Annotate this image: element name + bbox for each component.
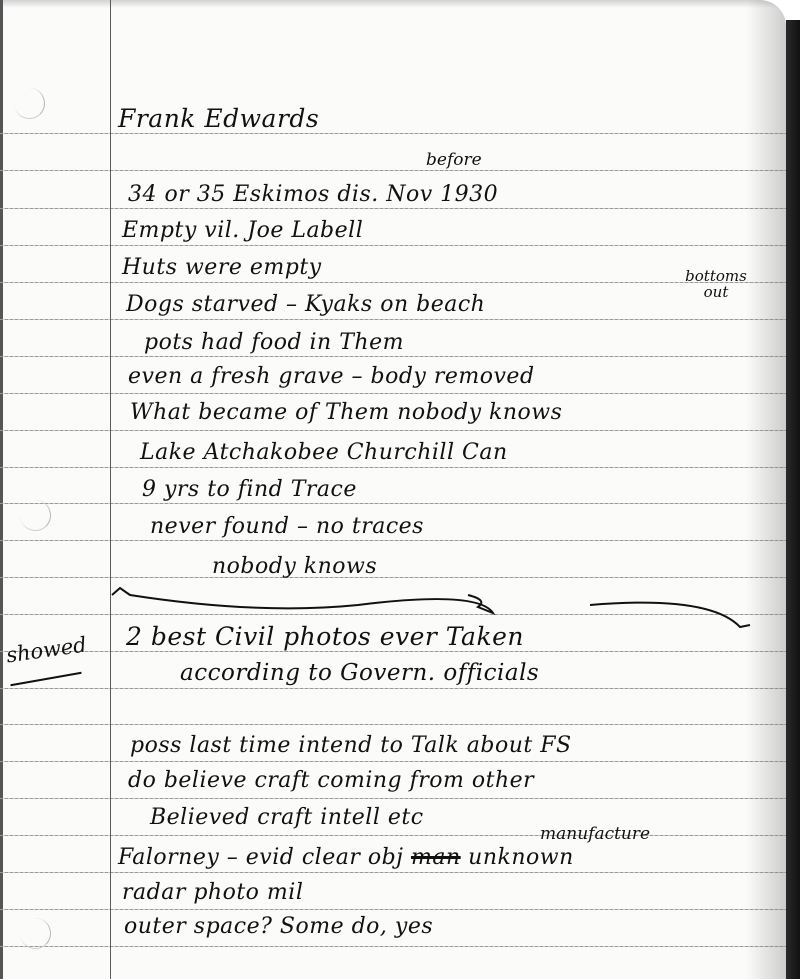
note-line: outer space? Some do, yes <box>124 914 433 939</box>
page-shadow-edge <box>786 20 800 979</box>
ruled-line <box>0 430 786 431</box>
hole-punch-mark <box>14 88 45 119</box>
ruled-line <box>0 540 786 541</box>
note-line: even a fresh grave – body removed <box>128 364 535 389</box>
note-line: do believe craft coming from other <box>128 768 534 793</box>
note-line: 34 or 35 Eskimos dis. Nov 1930 <box>128 182 498 207</box>
insertion-bottoms-out: bottoms out <box>676 268 756 300</box>
note-line: Believed craft intell etc <box>150 805 424 830</box>
ruled-line <box>0 651 786 652</box>
ruled-line <box>0 170 786 171</box>
ruled-line <box>0 245 786 246</box>
insertion-before: before <box>426 150 482 170</box>
note-line: pots had food in Them <box>144 330 404 355</box>
margin-note-underline <box>10 672 81 686</box>
note-line: nobody knows <box>212 554 377 579</box>
note-title: Frank Edwards <box>118 104 319 133</box>
ruled-line <box>0 872 786 873</box>
note-line: Empty vil. Joe Labell <box>122 218 363 243</box>
margin-note: showed <box>5 632 88 667</box>
ruled-line <box>0 688 786 689</box>
note-line: Lake Atchakobee Churchill Can <box>140 440 508 465</box>
ruled-line <box>0 798 786 799</box>
note-line: radar photo mil <box>122 880 303 905</box>
note-text: Falorney – evid clear obj <box>118 845 404 870</box>
note-line: according to Govern. officials <box>180 660 539 686</box>
note-line: Huts were empty <box>122 255 322 280</box>
note-line: Falorney – evid clear obj man unknown <box>118 845 574 870</box>
ruled-line <box>0 835 786 836</box>
ruled-line <box>0 133 786 134</box>
ruled-line <box>0 393 786 394</box>
ruled-line <box>0 282 786 283</box>
hole-punch-mark <box>20 918 51 949</box>
struck-word: man <box>411 845 461 870</box>
divider-squiggle-end <box>590 585 770 630</box>
ruled-line <box>0 909 786 910</box>
ruled-line <box>0 946 786 947</box>
page-top-edge <box>0 0 786 8</box>
note-line: What became of Them nobody knows <box>130 400 562 425</box>
insertion-manufacture: manufacture <box>540 824 650 844</box>
note-text: unknown <box>468 845 574 870</box>
note-line: 2 best Civil photos ever Taken <box>126 622 524 651</box>
notebook-page: Frank Edwards before 34 or 35 Eskimos di… <box>0 0 786 979</box>
ruled-line <box>0 356 786 357</box>
ruled-line <box>0 724 786 725</box>
ruled-line <box>0 319 786 320</box>
note-line: never found – no traces <box>150 514 424 539</box>
ruled-line <box>0 503 786 504</box>
note-line: Dogs starved – Kyaks on beach <box>126 292 485 317</box>
hole-punch-mark <box>20 500 51 531</box>
note-line: 9 yrs to find Trace <box>142 477 357 502</box>
ruled-line <box>0 467 786 468</box>
ruled-line <box>0 577 786 578</box>
page-left-edge <box>0 0 3 979</box>
margin-line <box>110 0 111 979</box>
ruled-line <box>0 761 786 762</box>
note-line: poss last time intend to Talk about FS <box>130 733 572 758</box>
ruled-line <box>0 208 786 209</box>
